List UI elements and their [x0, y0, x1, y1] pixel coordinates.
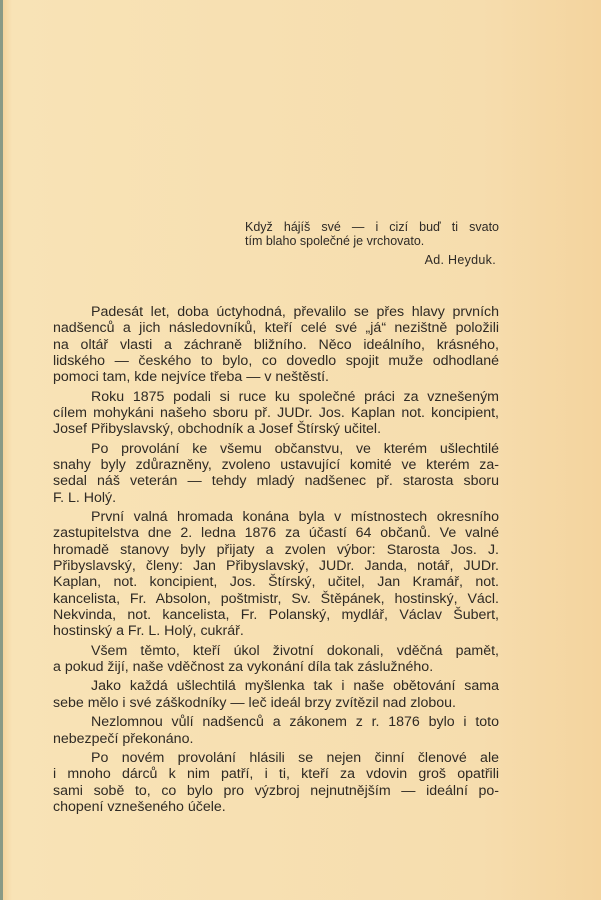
paragraph-line: F. L. Holý. [53, 490, 499, 506]
paragraph: Po novém provolání hlásili se nejen činn… [53, 750, 499, 815]
paragraph-line: na oltář vlasti a záchraně bližního. Něc… [53, 337, 499, 353]
paragraph-line: pomoci tam, kde nejvíce třeba — v neštěs… [53, 369, 499, 385]
paragraph-line: Po provolání ke všemu občanstvu, ve kter… [53, 441, 499, 457]
page-edge-shadow [0, 0, 3, 900]
paragraph-line: Jako každá ušlechtilá myšlenka tak i naš… [53, 678, 499, 694]
paragraph-line: Roku 1875 podali si ruce ku společné prá… [53, 389, 499, 405]
paragraph-line: hostinský a Fr. L. Holý, cukrář. [53, 623, 499, 639]
paragraph-line: snahy byly zdůrazněny, zvoleno ustavujíc… [53, 457, 499, 473]
paragraph-line: Nekvinda, not. kancelista, Fr. Polanský,… [53, 607, 499, 623]
epigraph: Když hájíš své — i cizí buď ti svato tím… [245, 220, 499, 267]
paragraph-line: sami sobě to, co bylo pro výzbroj nejnut… [53, 783, 499, 799]
paragraph-line: i mnoho dárců k nim patří, i ti, kteří z… [53, 766, 499, 782]
paragraph-line: Padesát let, doba úctyhodná, převalilo s… [53, 304, 499, 320]
paragraph: Jako každá ušlechtilá myšlenka tak i naš… [53, 678, 499, 711]
paragraph-line: zastupitelstva dne 2. ledna 1876 za účas… [53, 525, 499, 541]
paragraph-line: kancelista, Fr. Absolon, poštmistr, Sv. … [53, 591, 499, 607]
paragraph-line: Kaplan, not. koncipient, Jos. Štírský, u… [53, 574, 499, 590]
epigraph-author: Ad. Heyduk. [245, 253, 499, 267]
paragraph-line: Všem těmto, kteří úkol životní dokonali,… [53, 643, 499, 659]
paragraph-line: Nezlomnou vůlí nadšenců a zákonem z r. 1… [53, 714, 499, 730]
paragraph-line: sebe mělo i své záškodníky — leč ideál b… [53, 695, 499, 711]
paragraph-line: hromadě stanovy byly přijaty a zvolen vý… [53, 542, 499, 558]
paragraph-line: chopení vznešeného účele. [53, 799, 499, 815]
paragraph: První valná hromada konána byla v místno… [53, 509, 499, 639]
paragraph-line: nebezpečí překonáno. [53, 731, 499, 747]
paragraph-line: sedal náš veterán — tehdy mladý nadšenec… [53, 473, 499, 489]
paragraph: Všem těmto, kteří úkol životní dokonali,… [53, 643, 499, 676]
document-page: Když hájíš své — i cizí buď ti svato tím… [53, 0, 501, 900]
paragraph: Nezlomnou vůlí nadšenců a zákonem z r. 1… [53, 714, 499, 747]
paragraph-line: cílem mohykáni našeho sboru př. JUDr. Jo… [53, 405, 499, 421]
paragraph: Padesát let, doba úctyhodná, převalilo s… [53, 304, 499, 385]
paragraph-line: První valná hromada konána byla v místno… [53, 509, 499, 525]
paragraph: Roku 1875 podali si ruce ku společné prá… [53, 389, 499, 438]
paragraph-line: a pokud žijí, naše vděčnost za vykonání … [53, 659, 499, 675]
epigraph-line: tím blaho společné je vrchovato. [245, 234, 499, 248]
epigraph-line: Když hájíš své — i cizí buď ti svato [245, 220, 499, 234]
paragraph-line: Po novém provolání hlásili se nejen činn… [53, 750, 499, 766]
paragraph-line: Přibyslavský, členy: Jan Přibyslavský, J… [53, 558, 499, 574]
paragraph-line: nadšenců a jich následovníků, kteří celé… [53, 320, 499, 336]
paragraph-line: lidského — českého to bylo, co dovedlo s… [53, 353, 499, 369]
body-text: Padesát let, doba úctyhodná, převalilo s… [53, 304, 499, 818]
paragraph-line: Josef Přibyslavský, obchodník a Josef Št… [53, 421, 499, 437]
paragraph: Po provolání ke všemu občanstvu, ve kter… [53, 441, 499, 506]
